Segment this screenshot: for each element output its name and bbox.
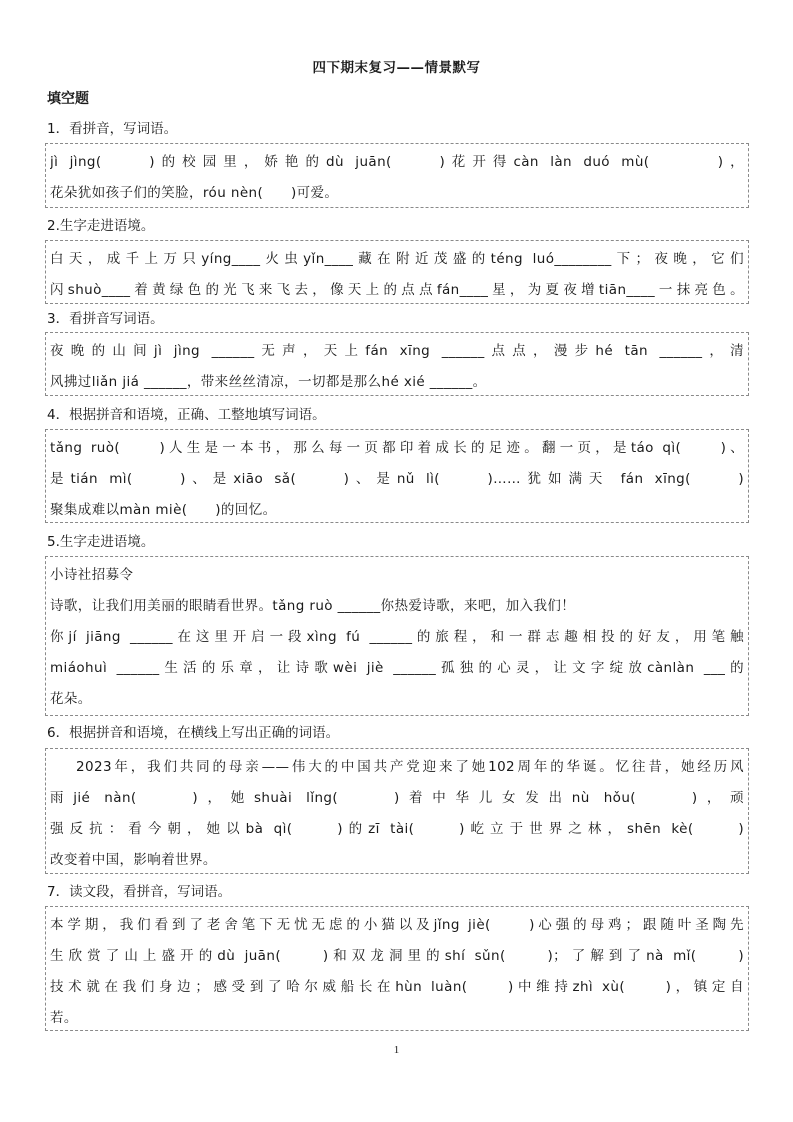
question-6-line: 强反抗：看今朝，她以bà qì( )的zī tài( )屹立于世界之林，shēn… [50,814,744,845]
question-7-line: 本学期，我们看到了老舍笔下无忧无虑的小猫以及jǐng jiè( )心强的母鸡；跟… [50,910,744,941]
question-5-box: 小诗社招募令 诗歌，让我们用美丽的眼睛看世界。tǎng ruò ______你热… [45,556,749,716]
question-1-box: jì jìng( )的校园里，娇艳的dù juān( )花开得càn làn d… [45,143,749,208]
question-6-line: 2023年，我们共同的母亲——伟大的中国共产党迎来了她102周年的华诞。忆往昔，… [50,752,744,783]
question-7-label: 7．读文段，看拼音，写词语。 [47,882,231,902]
question-4-label: 4．根据拼音和语境，正确、工整地填写词语。 [47,405,326,425]
question-3-line: 风拂过liǎn jiá ______，带来丝丝清凉，一切都是那么hé xié _… [50,367,744,398]
question-3-label: 3．看拼音写词语。 [47,309,164,329]
question-2-line: 白天，成千上万只yíng____火虫yǐn____藏在附近茂盛的téng luó… [50,244,744,275]
question-5-line: miáohuì ______生活的乐章，让诗歌wèi jiè ______孤独的… [50,653,744,684]
question-5-line: 小诗社招募令 [50,560,744,591]
question-4-box: tǎng ruò( )人生是一本书，那么每一页都印着成长的足迹。翻一页，是táo… [45,429,749,523]
question-5-line: 诗歌，让我们用美丽的眼睛看世界。tǎng ruò ______你热爱诗歌，来吧，… [50,591,744,622]
question-7-line: 生欣赏了山上盛开的dù juān( )和双龙洞里的shí sǔn( )；了解到了… [50,941,744,972]
question-6-box: 2023年，我们共同的母亲——伟大的中国共产党迎来了她102周年的华诞。忆往昔，… [45,748,749,874]
question-1-label: 1．看拼音，写词语。 [47,119,177,139]
question-4-line: tǎng ruò( )人生是一本书，那么每一页都印着成长的足迹。翻一页，是táo… [50,433,744,464]
question-2-label: 2.生字走进语境。 [47,216,154,236]
question-1-line: jì jìng( )的校园里，娇艳的dù juān( )花开得càn làn d… [50,147,744,178]
document-title: 四下期末复习——情景默写 [0,56,793,76]
question-3-box: 夜晚的山间jì jìng ______无声，天上fán xīng ______点… [45,332,749,396]
question-7-line: 技术就在我们身边；感受到了哈尔威船长在hùn luàn( )中维持zhì xù(… [50,972,744,1003]
question-4-line: 是tián mì( )、是xiāo sǎ( )、是nǔ lì( )……犹如满天 … [50,464,744,495]
question-7-line: 若。 [50,1003,744,1034]
question-5-line: 你jí jiāng ______在这里开启一段xìng fú ______的旅程… [50,622,744,653]
question-6-line: 雨jié nàn( )，她shuài lǐng( )着中华儿女发出nù hǒu(… [50,783,744,814]
question-3-line: 夜晚的山间jì jìng ______无声，天上fán xīng ______点… [50,336,744,367]
question-5-label: 5.生字走进语境。 [47,532,154,552]
page-number: 1 [0,1044,793,1056]
question-5-line: 花朵。 [50,684,744,715]
question-1-line: 花朵犹如孩子们的笑脸，róu nèn( )可爱。 [50,178,744,209]
question-7-box: 本学期，我们看到了老舍笔下无忧无虑的小猫以及jǐng jiè( )心强的母鸡；跟… [45,906,749,1031]
question-2-box: 白天，成千上万只yíng____火虫yǐn____藏在附近茂盛的téng luó… [45,240,749,304]
question-6-line: 改变着中国，影响着世界。 [50,845,744,876]
section-heading: 填空题 [47,88,89,108]
question-4-line: 聚集成难以màn miè( )的回忆。 [50,495,744,526]
question-2-line: 闪shuò____着黄绿色的光飞来飞去，像天上的点点fán____星，为夏夜增t… [50,275,744,306]
question-6-label: 6．根据拼音和语境，在横线上写出正确的词语。 [47,723,339,743]
